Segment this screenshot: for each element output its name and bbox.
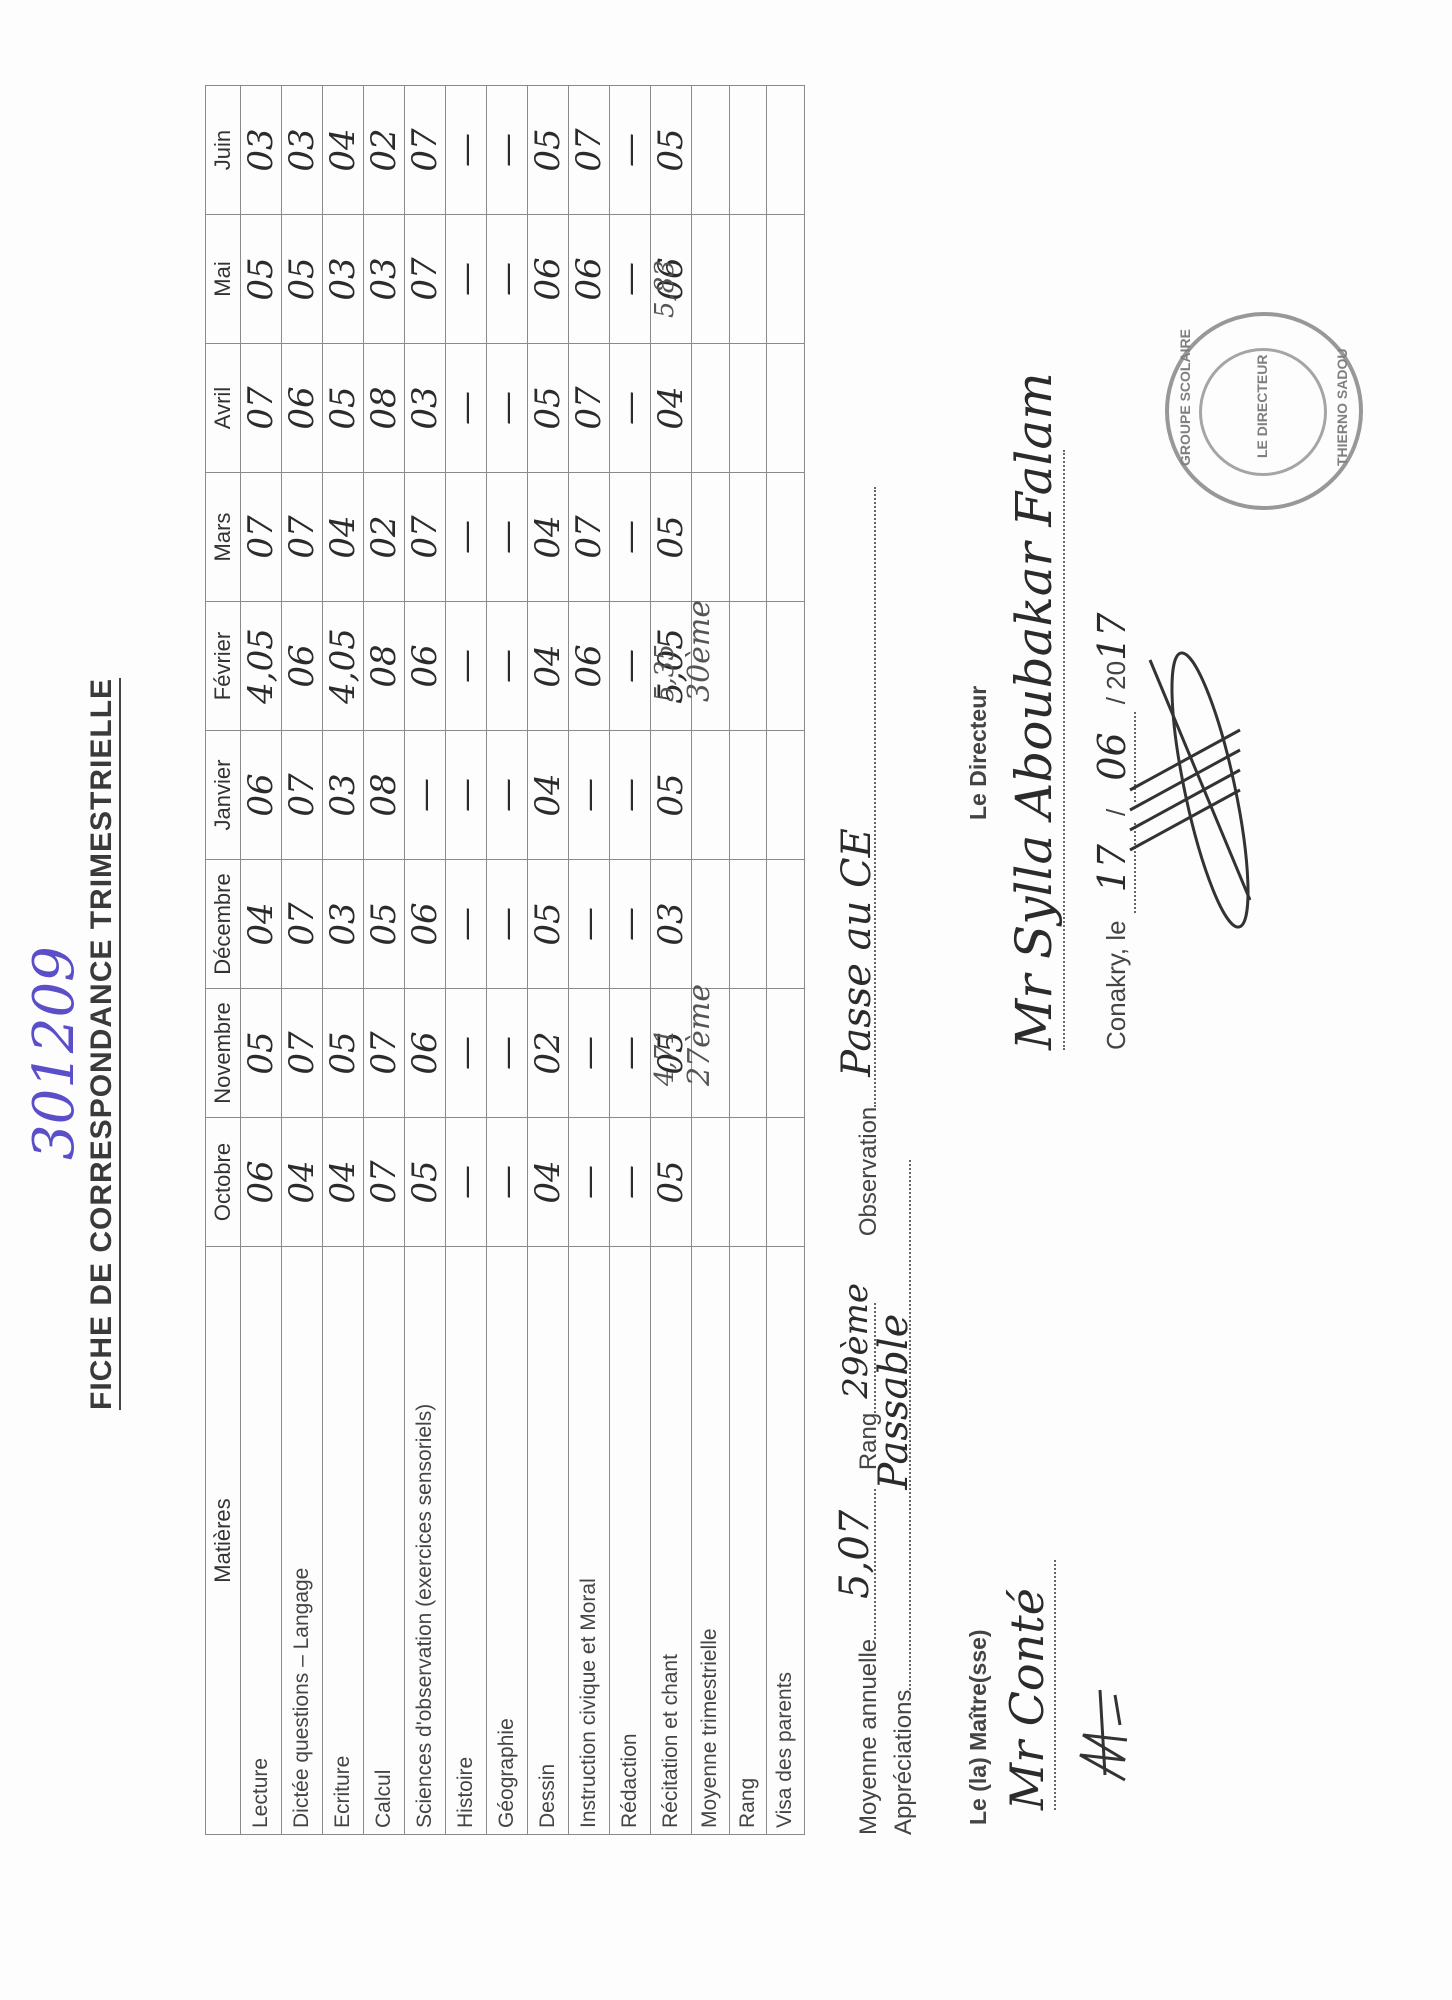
grade-cell: 07 [569,473,610,602]
subject-label: Visa des parents [767,1247,805,1835]
subject-label: Rang [729,1247,767,1835]
month-header: Novembre [206,989,241,1118]
grade-cell [767,1118,805,1247]
grade-cell [729,731,767,860]
teacher-signature [1075,1675,1135,1785]
observation-label: Observation [855,1107,882,1236]
grade-cell [692,86,730,215]
grade-cell: — [569,860,610,989]
grade-cell: 07 [405,86,446,215]
subject-label: Calcul [364,1247,405,1835]
grade-cell: 08 [364,602,405,731]
grade-cell: 04 [528,731,569,860]
grade-cell: — [405,731,446,860]
grade-cell: 03 [405,344,446,473]
grade-cell: — [610,731,651,860]
director-label: Le Directeur [965,686,992,820]
month-header: Octobre [206,1118,241,1247]
grade-cell [767,344,805,473]
director-name: Mr Sylla Aboubakar Falam [1005,450,1065,1050]
grade-cell: 07 [364,1118,405,1247]
appreciations-label: Appréciations [890,1690,917,1835]
grade-cell: 06 [528,215,569,344]
subject-label: Dictée questions – Langage [282,1247,323,1835]
grade-cell: 06 [282,344,323,473]
grade-cell: — [569,989,610,1118]
grade-cell: 05 [528,860,569,989]
table-row: Histoire————————— [446,86,487,1835]
grades-table: Matières OctobreNovembreDécembreJanvierF… [205,85,805,1835]
grade-cell: 03 [323,215,364,344]
subject-label: Dessin [528,1247,569,1835]
subject-label: Lecture [241,1247,282,1835]
table-row: Récitation et chant050503055,0505040605 [651,86,692,1835]
grade-cell [767,989,805,1118]
grade-cell: — [487,215,528,344]
grade-cell: 07 [282,731,323,860]
grade-cell: — [487,602,528,731]
grade-cell [729,344,767,473]
grade-cell: 08 [364,344,405,473]
subject-label: Ecriture [323,1247,364,1835]
grade-cell: — [610,473,651,602]
grade-cell: 04 [282,1118,323,1247]
grade-cell: 07 [241,344,282,473]
subject-label: Récitation et chant [651,1247,692,1835]
grade-cell: — [446,731,487,860]
grade-cell: — [610,344,651,473]
subject-label: Instruction civique et Moral [569,1247,610,1835]
grade-cell: — [487,344,528,473]
subject-label: Sciences d'observation (exercices sensor… [405,1247,446,1835]
grade-cell [767,860,805,989]
annual-average-field: 5,07 [874,1489,876,1639]
table-row: Dictée questions – Langage04070707060706… [282,86,323,1835]
appreciations-row: AppréciationsPassable [890,1160,918,1835]
subject-label: Histoire [446,1247,487,1835]
grade-cell: 05 [323,989,364,1118]
grade-cell: — [610,602,651,731]
grade-cell: — [446,860,487,989]
grade-cell: — [487,473,528,602]
grade-cell: 04 [528,473,569,602]
grade-cell: 03 [651,860,692,989]
table-row: Dessin040205040404050605 [528,86,569,1835]
grade-cell: — [610,215,651,344]
grade-cell: 02 [364,86,405,215]
serial-number: 301209 [22,946,87,1160]
grade-cell: — [446,473,487,602]
table-row: Lecture060504064,0507070503 [241,86,282,1835]
grade-cell [729,860,767,989]
grade-cell [729,473,767,602]
grade-cell: — [446,1118,487,1247]
grade-cell: 05 [405,1118,446,1247]
school-stamp: GROUPE SCOLAIRE LE DIRECTEUR THIERNO SAD… [1165,312,1363,510]
appreciations-field: Passable [909,1160,911,1690]
grade-cell: — [446,344,487,473]
grade-cell: 07 [282,989,323,1118]
trimester-average: 4,71 [650,1028,680,1086]
grade-cell: — [487,989,528,1118]
grade-cell: 02 [364,473,405,602]
grade-cell: 02 [528,989,569,1118]
grade-cell: 06 [405,860,446,989]
grade-cell: 06 [241,731,282,860]
grade-cell: 04 [651,344,692,473]
month-header: Juin [206,86,241,215]
grade-cell: 04 [528,1118,569,1247]
grade-cell: 07 [405,473,446,602]
table-row: Géographie————————— [487,86,528,1835]
table-row: Ecriture040503034,0504050304 [323,86,364,1835]
observation-field: Passe au CE [874,487,876,1107]
rank-value: 29ème [836,1283,876,1399]
grade-cell [692,731,730,860]
grade-cell: — [610,860,651,989]
grade-cell: 03 [241,86,282,215]
grade-cell: 04 [323,1118,364,1247]
director-signature [1090,640,1270,940]
table-row: Sciences d'observation (exercices sensor… [405,86,446,1835]
grade-cell: — [610,86,651,215]
grade-cell: 07 [405,215,446,344]
teacher-label: Le (la) Maître(sse) [965,1629,992,1825]
grade-cell: 05 [528,86,569,215]
grade-cell [692,344,730,473]
grade-cell: — [610,989,651,1118]
trimester-average: 5,83 [650,260,680,318]
grade-cell [729,989,767,1118]
subject-header: Matières [206,1247,241,1835]
table-header-row: Matières OctobreNovembreDécembreJanvierF… [206,86,241,1835]
grade-cell: 05 [651,86,692,215]
grade-cell: 05 [241,989,282,1118]
table-row: Rédaction————————— [610,86,651,1835]
grade-cell: 06 [282,602,323,731]
annual-average-value: 5,07 [832,1510,878,1599]
grade-cell: — [569,731,610,860]
grade-cell [729,1118,767,1247]
grade-cell: 4,05 [323,602,364,731]
grade-cell [767,215,805,344]
grade-cell: 03 [323,731,364,860]
grade-cell [692,1118,730,1247]
grade-cell: 04 [528,602,569,731]
grade-cell [767,86,805,215]
grade-cell: — [487,860,528,989]
month-header: Février [206,602,241,731]
grade-cell: — [446,86,487,215]
grade-cell: 07 [282,860,323,989]
trimester-rank: 27ème [682,984,717,1086]
grade-cell: 05 [241,215,282,344]
grade-cell: 06 [569,602,610,731]
grade-cell: 05 [528,344,569,473]
appreciations-value: Passable [871,1314,917,1490]
grade-cell: 06 [241,1118,282,1247]
grade-cell: 06 [405,989,446,1118]
grade-cell: — [446,989,487,1118]
grade-cell: — [446,215,487,344]
grade-cell: 04 [323,473,364,602]
grade-cell: 05 [364,860,405,989]
grade-cell: 05 [651,1118,692,1247]
grade-cell: 07 [241,473,282,602]
grade-cell: — [487,86,528,215]
grade-cell: 05 [323,344,364,473]
table-row: Rang [729,86,767,1835]
subject-label: Rédaction [610,1247,651,1835]
grade-cell: 07 [364,989,405,1118]
grade-cell: 4,05 [241,602,282,731]
grade-cell [729,215,767,344]
grade-cell: — [610,1118,651,1247]
month-header: Mai [206,215,241,344]
observation-value: Passe au CE [834,828,880,1077]
grade-cell: — [487,1118,528,1247]
table-row: Instruction civique et Moral————06070706… [569,86,610,1835]
grade-cell [767,602,805,731]
grade-cell: 05 [282,215,323,344]
grade-cell [692,473,730,602]
grade-cell: 05 [651,473,692,602]
trimester-average: 5,35 [650,644,680,702]
grade-cell: 03 [364,215,405,344]
month-header: Janvier [206,731,241,860]
table-row: Calcul070705080802080302 [364,86,405,1835]
page-title: FICHE DE CORRESPONDANCE TRIMESTRIELLE [85,678,121,1410]
grade-cell: 08 [364,731,405,860]
grade-cell: — [487,731,528,860]
month-header: Décembre [206,860,241,989]
table-row: Visa des parents [767,86,805,1835]
grade-cell [767,731,805,860]
grade-cell: — [569,1118,610,1247]
grade-cell: 07 [282,473,323,602]
trimester-rank: 30ème [682,600,717,702]
grade-cell: 05 [651,731,692,860]
grade-cell [729,86,767,215]
document-page: 301209 FICHE DE CORRESPONDANCE TRIMESTRI… [0,0,1452,2000]
month-header: Avril [206,344,241,473]
grade-cell: 07 [569,86,610,215]
month-header: Mars [206,473,241,602]
teacher-name: Mr Conté [1000,1560,1056,1810]
grade-cell: 03 [282,86,323,215]
grade-cell: 07 [569,344,610,473]
table-body: Lecture060504064,0507070503Dictée questi… [241,86,805,1835]
grade-cell: — [446,602,487,731]
annual-average-row: Moyenne annuelle5,07 Rang29ème Observati… [855,487,883,1835]
grade-cell: 03 [323,860,364,989]
grade-cell: 04 [241,860,282,989]
grade-cell: 06 [405,602,446,731]
grade-cell [692,860,730,989]
table-row: Moyenne trimestrielle [692,86,730,1835]
grade-cell [767,473,805,602]
grade-cell [729,602,767,731]
grade-cell: 06 [569,215,610,344]
annual-average-label: Moyenne annuelle [855,1639,882,1835]
grade-cell [692,215,730,344]
subject-label: Moyenne trimestrielle [692,1247,730,1835]
subject-label: Géographie [487,1247,528,1835]
grade-cell: 04 [323,86,364,215]
